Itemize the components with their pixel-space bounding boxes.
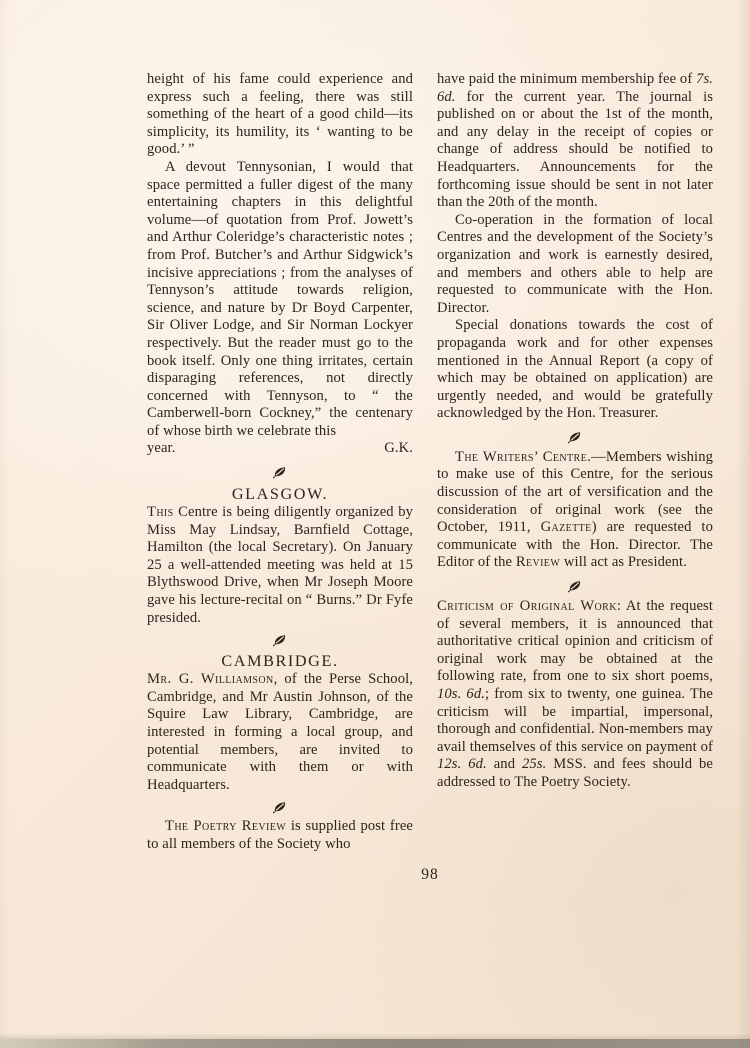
paragraph-text: and xyxy=(487,756,522,772)
paragraph-text: will act as President. xyxy=(560,554,687,570)
lead-in: The Writers’ Centre. xyxy=(455,449,591,465)
section-divider xyxy=(437,430,713,444)
paragraph-cambridge: Mr. G. Williamson, of the Perse School, … xyxy=(147,671,413,794)
lead-in: The Poetry Review xyxy=(165,818,286,834)
paragraph-text: , of the Perse School, Cambridge, and Mr… xyxy=(147,671,413,793)
section-divider xyxy=(437,579,713,593)
aldus-leaf-icon xyxy=(567,430,583,444)
lead-in: Mr. G. Williamson xyxy=(147,671,274,687)
paragraph-writers-centre: The Writers’ Centre.—Members wishing to … xyxy=(437,449,713,572)
signature-line: year. G.K. xyxy=(147,440,413,458)
review-title: Review xyxy=(516,554,560,570)
sentence-end: year. xyxy=(147,440,175,458)
cambridge-heading: CAMBRIDGE. xyxy=(147,651,413,671)
paragraph-text: have paid the minimum membership fee of xyxy=(437,71,696,87)
paragraph-tennyson-continued: height of his fame could experience and … xyxy=(147,71,413,159)
lead-in: Criticism of Original Work xyxy=(437,598,617,614)
aldus-leaf-icon xyxy=(272,633,288,647)
aldus-leaf-icon xyxy=(272,465,288,479)
aldus-leaf-icon xyxy=(272,800,288,814)
paragraph-tennyson-review: A devout Tennysonian, I would that space… xyxy=(147,159,413,441)
page-number: 98 xyxy=(147,866,713,884)
left-column: height of his fame could experience and … xyxy=(147,71,413,854)
paragraph-donations: Special donations towards the cost of pr… xyxy=(437,317,713,423)
section-divider xyxy=(147,800,413,814)
aldus-leaf-icon xyxy=(567,579,583,593)
lead-in: This xyxy=(147,504,174,520)
right-column: have paid the minimum membership fee of … xyxy=(437,71,713,854)
paragraph-poetry-review: The Poetry Review is supplied post free … xyxy=(147,818,413,853)
paragraph-criticism: Criticism of Original Work: At the reque… xyxy=(437,598,713,792)
price-amount: 10s. 6d. xyxy=(437,686,485,702)
price-amount: 25s. xyxy=(522,756,546,772)
glasgow-heading: GLASGOW. xyxy=(147,484,413,504)
reviewer-initials: G.K. xyxy=(384,440,413,458)
page-bottom-edge xyxy=(0,1039,750,1048)
paragraph-text: Centre is being diligently organized by … xyxy=(147,504,413,626)
paragraph-cooperation: Co-operation in the formation of local C… xyxy=(437,212,713,318)
section-divider xyxy=(147,633,413,647)
text-block: height of his fame could experience and … xyxy=(147,71,713,854)
gazette-title: Gazette xyxy=(541,519,592,535)
scanned-journal-page: height of his fame could experience and … xyxy=(0,0,750,1048)
paragraph-membership: have paid the minimum membership fee of … xyxy=(437,71,713,212)
section-divider xyxy=(147,465,413,479)
paragraph-text: for the current year. The journal is pub… xyxy=(437,89,713,211)
paragraph-glasgow: This Centre is being diligently organize… xyxy=(147,504,413,627)
price-amount: 12s. 6d. xyxy=(437,756,487,772)
